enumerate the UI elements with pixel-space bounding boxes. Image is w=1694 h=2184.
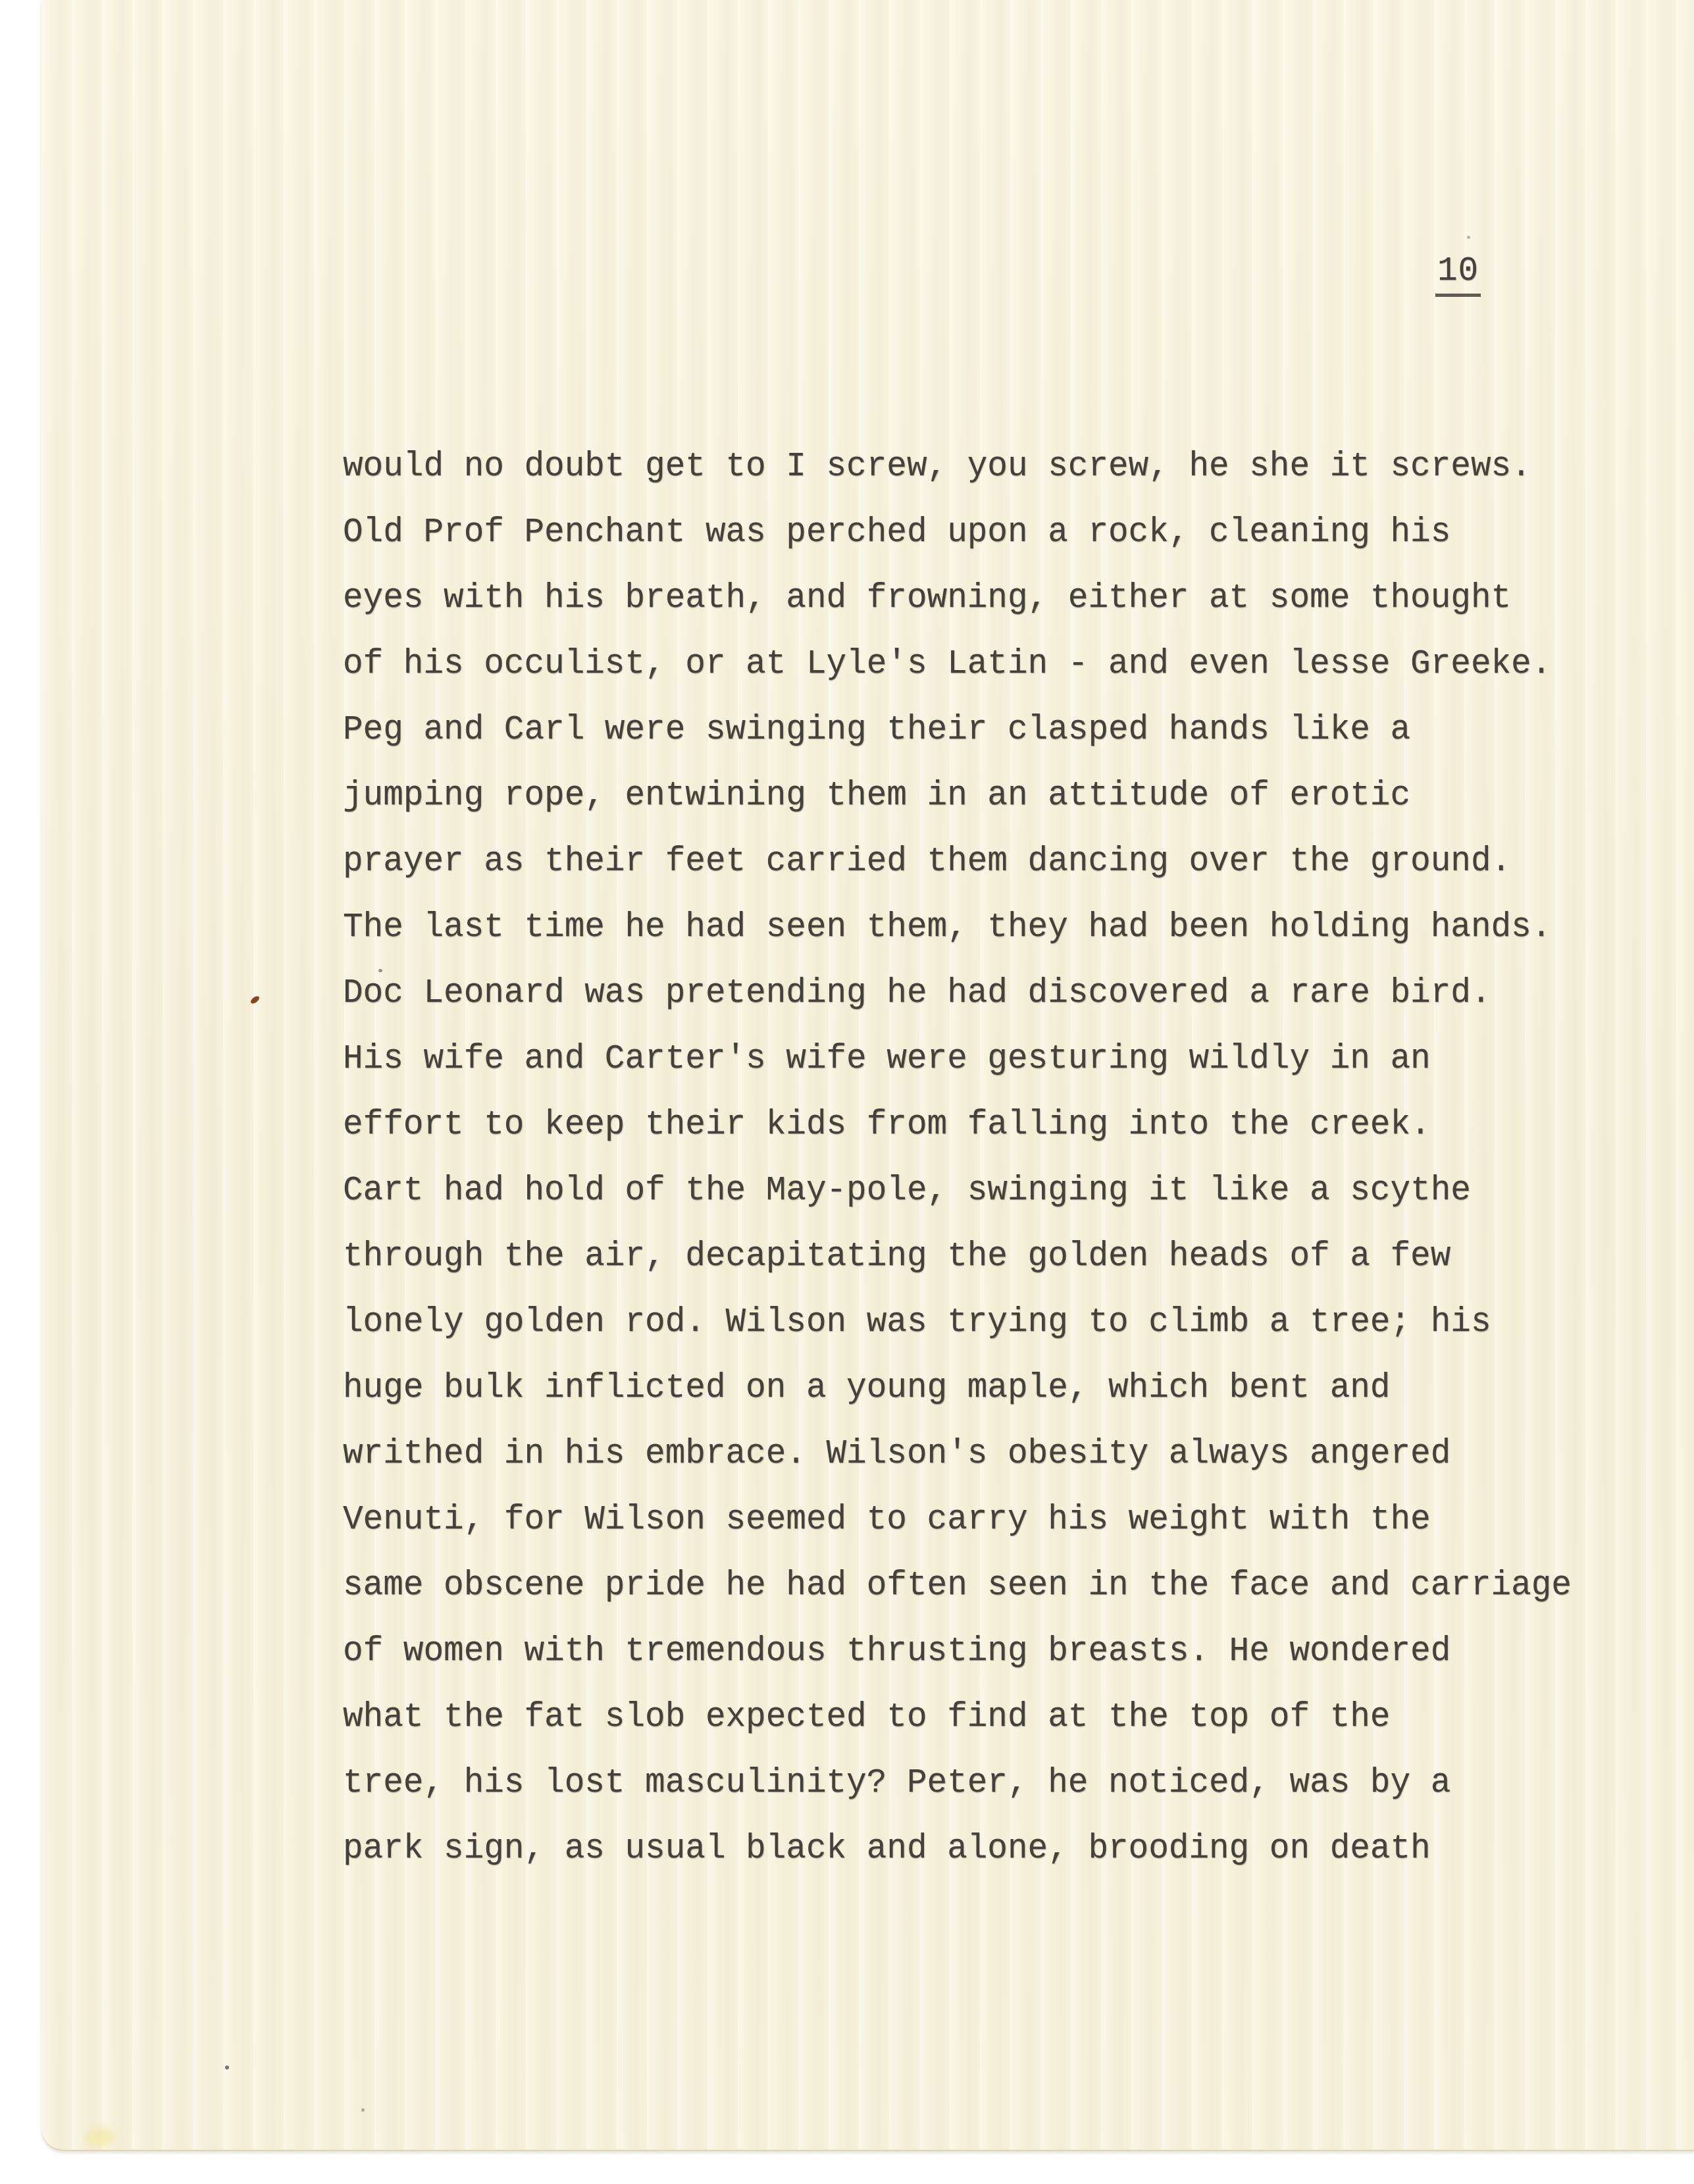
text-line: through the air, decapitating the golden… <box>343 1224 1593 1290</box>
text-line: Peg and Carl were swinging their clasped… <box>343 698 1593 764</box>
text-line: eyes with his breath, and frowning, eith… <box>343 566 1593 632</box>
text-line: would no doubt get to I screw, you screw… <box>343 434 1593 500</box>
text-line: Doc Leonard was pretending he had discov… <box>343 961 1593 1027</box>
page-number: 10 <box>1435 252 1481 297</box>
paper-speck <box>361 2108 365 2112</box>
text-line: tree, his lost masculinity? Peter, he no… <box>343 1751 1593 1817</box>
text-line: of women with tremendous thrusting breas… <box>343 1619 1593 1685</box>
text-line: lonely golden rod. Wilson was trying to … <box>343 1290 1593 1356</box>
text-line: Cart had hold of the May-pole, swinging … <box>343 1158 1593 1224</box>
text-line: huge bulk inflicted on a young maple, wh… <box>343 1356 1593 1422</box>
paper-corner-smudge <box>85 2127 115 2147</box>
text-line: Old Prof Penchant was perched upon a roc… <box>343 500 1593 566</box>
text-line: writhed in his embrace. Wilson's obesity… <box>343 1422 1593 1488</box>
typewritten-text-block: would no doubt get to I screw, you screw… <box>343 434 1593 1883</box>
text-line: what the fat slob expected to find at th… <box>343 1685 1593 1751</box>
manuscript-page: 10 would no doubt get to I screw, you sc… <box>41 0 1694 2151</box>
text-line: Venuti, for Wilson seemed to carry his w… <box>343 1488 1593 1553</box>
text-line: effort to keep their kids from falling i… <box>343 1093 1593 1158</box>
scan-background: 10 would no doubt get to I screw, you sc… <box>0 0 1694 2184</box>
paper-speck <box>378 969 382 972</box>
text-line: of his occulist, or at Lyle's Latin - an… <box>343 632 1593 698</box>
paper-fleck <box>249 995 261 1005</box>
text-line: prayer as their feet carried them dancin… <box>343 829 1593 895</box>
text-line: His wife and Carter's wife were gesturin… <box>343 1027 1593 1093</box>
text-line: jumping rope, entwining them in an attit… <box>343 764 1593 829</box>
paper-speck <box>225 2066 229 2069</box>
text-line: park sign, as usual black and alone, bro… <box>343 1817 1593 1883</box>
paper-speck <box>1467 236 1470 239</box>
text-line: same obscene pride he had often seen in … <box>343 1553 1593 1619</box>
text-line: The last time he had seen them, they had… <box>343 895 1593 961</box>
